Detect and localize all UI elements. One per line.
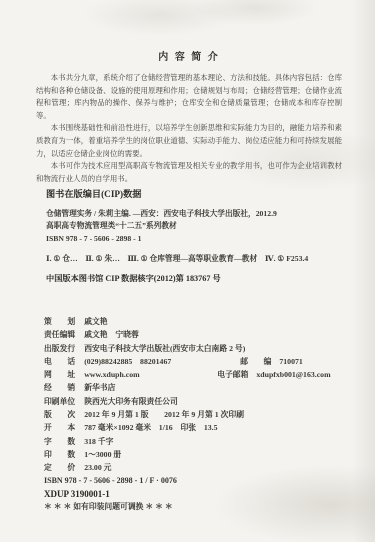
cip-series-line: 高职高专物流管理类“十二五”系列教材 xyxy=(46,220,348,232)
footer-book-code: XDUP 3190001-1 xyxy=(44,488,344,502)
colophon-row: 策 划戚文艳 xyxy=(44,316,366,329)
colophon-value: 23.00 元 xyxy=(84,462,111,473)
intro-paragraph: 本书可作为技术应用型高职高专物流管理及相关专业的教学用书，也可作为企业培训教材和… xyxy=(36,160,342,185)
colophon-value-secondary: xdupfxb001@163.com xyxy=(256,370,330,379)
cip-section: 图书在版编目(CIP)数据 仓储管理实务 / 朱莉主编. —西安：西安电子科技大… xyxy=(46,186,348,285)
colophon-section: 策 划戚文艳责任编辑戚文艳 宁晓蓉出版发行西安电子科技大学出版社(西安市太白南路… xyxy=(44,316,366,476)
colophon-value: 787 毫米×1092 毫米 1/16 印张 13.5 xyxy=(84,422,217,433)
colophon-value: 西安电子科技大学出版社(西安市太白南路 2 号) xyxy=(84,343,245,354)
colophon-label: 责任编辑 xyxy=(44,329,75,340)
colophon-label: 出版发行 xyxy=(44,343,75,354)
cip-registry: 中国版本图书馆 CIP 数据核字(2012)第 183767 号 xyxy=(46,273,348,285)
colophon-value: 戚文艳 xyxy=(84,316,107,327)
colophon-value: 陕西光大印务有限责任公司 xyxy=(84,396,178,407)
colophon-label: 经 销 xyxy=(44,382,75,393)
colophon-label: 定 价 xyxy=(44,462,75,473)
colophon-value: 新华书店 xyxy=(84,382,115,393)
colophon-label: 印刷单位 xyxy=(44,396,75,407)
colophon-label: 电 话 xyxy=(44,356,75,367)
cip-classification: Ⅰ. ① 仓… Ⅱ. ① 朱… Ⅲ. ① 仓库管理—高等职业教育—教材 Ⅳ. ①… xyxy=(46,253,348,265)
colophon-row: 出版发行西安电子科技大学出版社(西安市太白南路 2 号) xyxy=(44,343,366,356)
content-summary-title: 内 容 简 介 xyxy=(36,48,342,63)
colophon-label: 版 次 xyxy=(44,409,75,420)
colophon-label: 字 数 xyxy=(44,436,75,447)
colophon-value: www.xduph.com xyxy=(84,370,217,379)
colophon-label-secondary: 邮 编 xyxy=(240,356,271,367)
colophon-label: 策 划 xyxy=(44,316,75,327)
intro-paragraph: 本书围绕基础性和前沿性进行，以培养学生创新思维和实际能力为目的，融能力培养和素质… xyxy=(36,122,342,160)
intro-paragraph: 本书共分九章，系统介绍了仓储经营管理的基本理论、方法和技能。具体内容包括：仓库结… xyxy=(36,72,342,122)
colophon-label: 印 数 xyxy=(44,449,75,460)
footer-section: ISBN 978 - 7 - 5606 - 2898 - 1 / F · 007… xyxy=(44,475,344,514)
colophon-label-secondary: 电子邮箱 xyxy=(217,369,248,380)
colophon-row: 责任编辑戚文艳 宁晓蓉 xyxy=(44,329,366,342)
colophon-row: 印刷单位陕西光大印务有限责任公司 xyxy=(44,396,366,409)
cip-isbn-line: ISBN 978 - 7 - 5606 - 2898 - 1 xyxy=(46,233,348,245)
reprint-notice: ＊ ＊ ＊ 如有印装问题可调换 ＊ ＊ ＊ xyxy=(44,501,344,514)
colophon-value-secondary: 710071 xyxy=(279,357,302,366)
colophon-value: (029)88242885 88201467 xyxy=(84,356,240,367)
colophon-row: 印 数1～3000 册 xyxy=(44,449,366,462)
colophon-value: 2012 年 9 月第 1 版 2012 年 9 月第 1 次印刷 xyxy=(84,409,244,420)
colophon-row: 开 本787 毫米×1092 毫米 1/16 印张 13.5 xyxy=(44,422,366,435)
colophon-row: 电 话(029)88242885 88201467邮 编710071 xyxy=(44,356,366,369)
footer-isbn: ISBN 978 - 7 - 5606 - 2898 - 1 / F · 007… xyxy=(44,475,344,488)
colophon-row: 版 次2012 年 9 月第 1 版 2012 年 9 月第 1 次印刷 xyxy=(44,409,366,422)
colophon-value: 1～3000 册 xyxy=(84,449,121,460)
content-summary-section: 内 容 简 介 本书共分九章，系统介绍了仓储经营管理的基本理论、方法和技能。具体… xyxy=(36,48,342,185)
colophon-value: 戚文艳 宁晓蓉 xyxy=(84,329,139,340)
colophon-label: 网 址 xyxy=(44,369,75,380)
colophon-label: 开 本 xyxy=(44,422,75,433)
book-copyright-page: 内 容 简 介 本书共分九章，系统介绍了仓储经营管理的基本理论、方法和技能。具体… xyxy=(0,0,375,542)
colophon-value: 318 千字 xyxy=(84,436,113,447)
colophon-row: 网 址www.xduph.com电子邮箱xdupfxb001@163.com xyxy=(44,369,366,382)
colophon-row: 字 数318 千字 xyxy=(44,436,366,449)
cip-header: 图书在版编目(CIP)数据 xyxy=(46,186,348,200)
cip-title-line: 仓储管理实务 / 朱莉主编. —西安：西安电子科技大学出版社，2012.9 xyxy=(46,208,348,220)
colophon-row: 定 价23.00 元 xyxy=(44,462,366,475)
colophon-row: 经 销新华书店 xyxy=(44,382,366,395)
